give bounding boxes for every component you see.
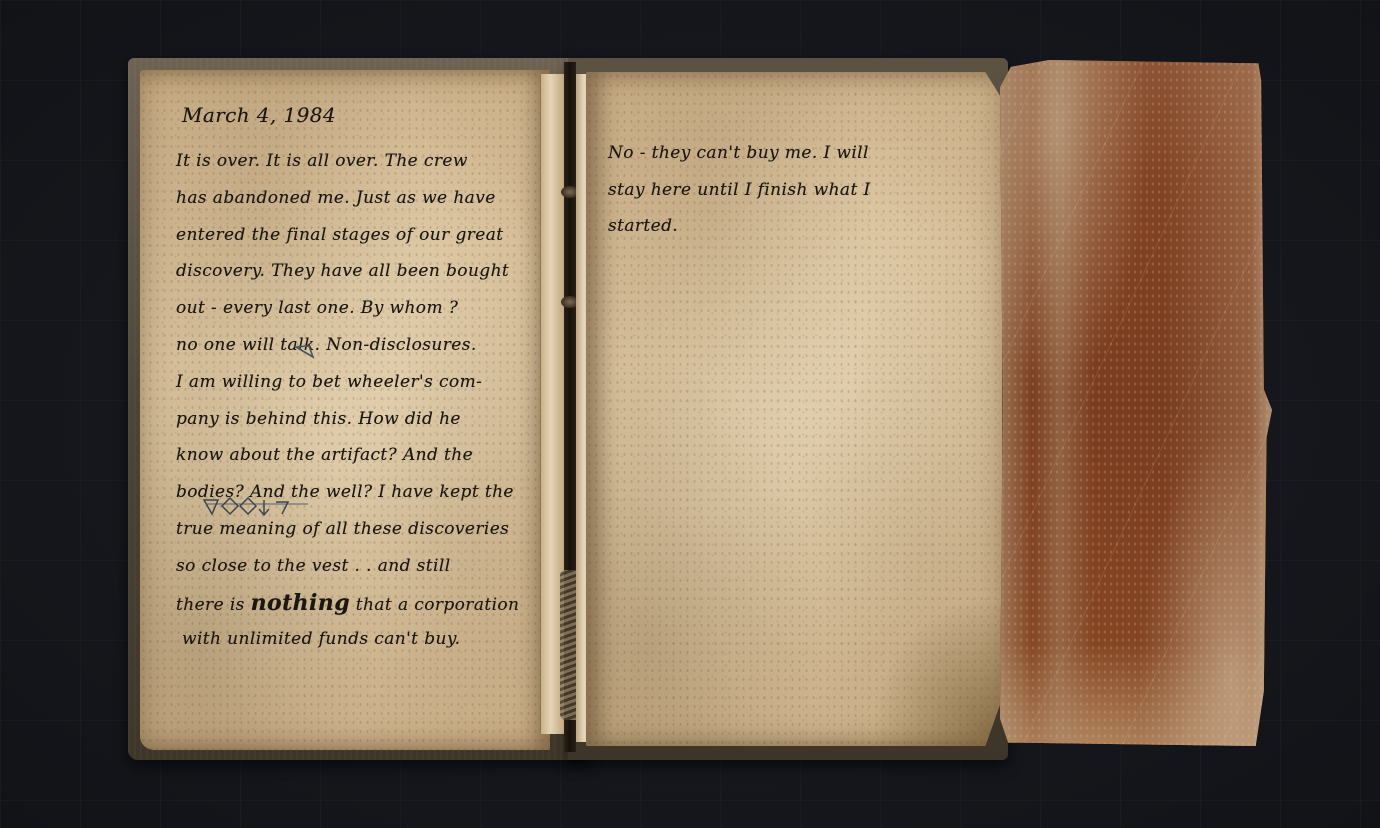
left-page-text: It is over. It is all over. The crew has… xyxy=(176,146,536,661)
text-line: so close to the vest . . and still xyxy=(176,551,536,588)
text-line: stay here until I finish what I xyxy=(608,175,948,212)
text-line: No - they can't buy me. I will xyxy=(608,138,948,175)
journal-book: March 4, 1984 It is over. It is all over… xyxy=(0,0,1380,828)
text-line: know about the artifact? And the xyxy=(176,440,536,477)
text-line: has abandoned me. Just as we have xyxy=(176,183,536,220)
text-line: with unlimited funds can't buy. xyxy=(176,624,536,661)
emphasis-text-line: there is nothing that a corporation xyxy=(176,588,536,625)
leather-back-cover xyxy=(1000,60,1272,746)
cipher-glyph-sequence-icon xyxy=(200,496,310,522)
text-fragment: there is xyxy=(176,595,245,615)
triangle-glyph-icon xyxy=(294,344,316,360)
text-line: no one will talk. Non-disclosures. xyxy=(176,330,536,367)
text-line: It is over. It is all over. The crew xyxy=(176,146,536,183)
text-line: entered the final stages of our great xyxy=(176,220,536,257)
text-fragment: that a corporation xyxy=(356,595,520,615)
journal-date: March 4, 1984 xyxy=(182,103,336,127)
text-line: I am willing to bet wheeler's com- xyxy=(176,367,536,404)
emphasized-word: nothing xyxy=(251,590,350,616)
right-page-text: No - they can't buy me. I will stay here… xyxy=(608,138,948,248)
text-line: discovery. They have all been bought xyxy=(176,256,536,293)
text-line: out - every last one. By whom ? xyxy=(176,293,536,330)
text-line: started. xyxy=(608,211,948,248)
text-line: pany is behind this. How did he xyxy=(176,404,536,441)
